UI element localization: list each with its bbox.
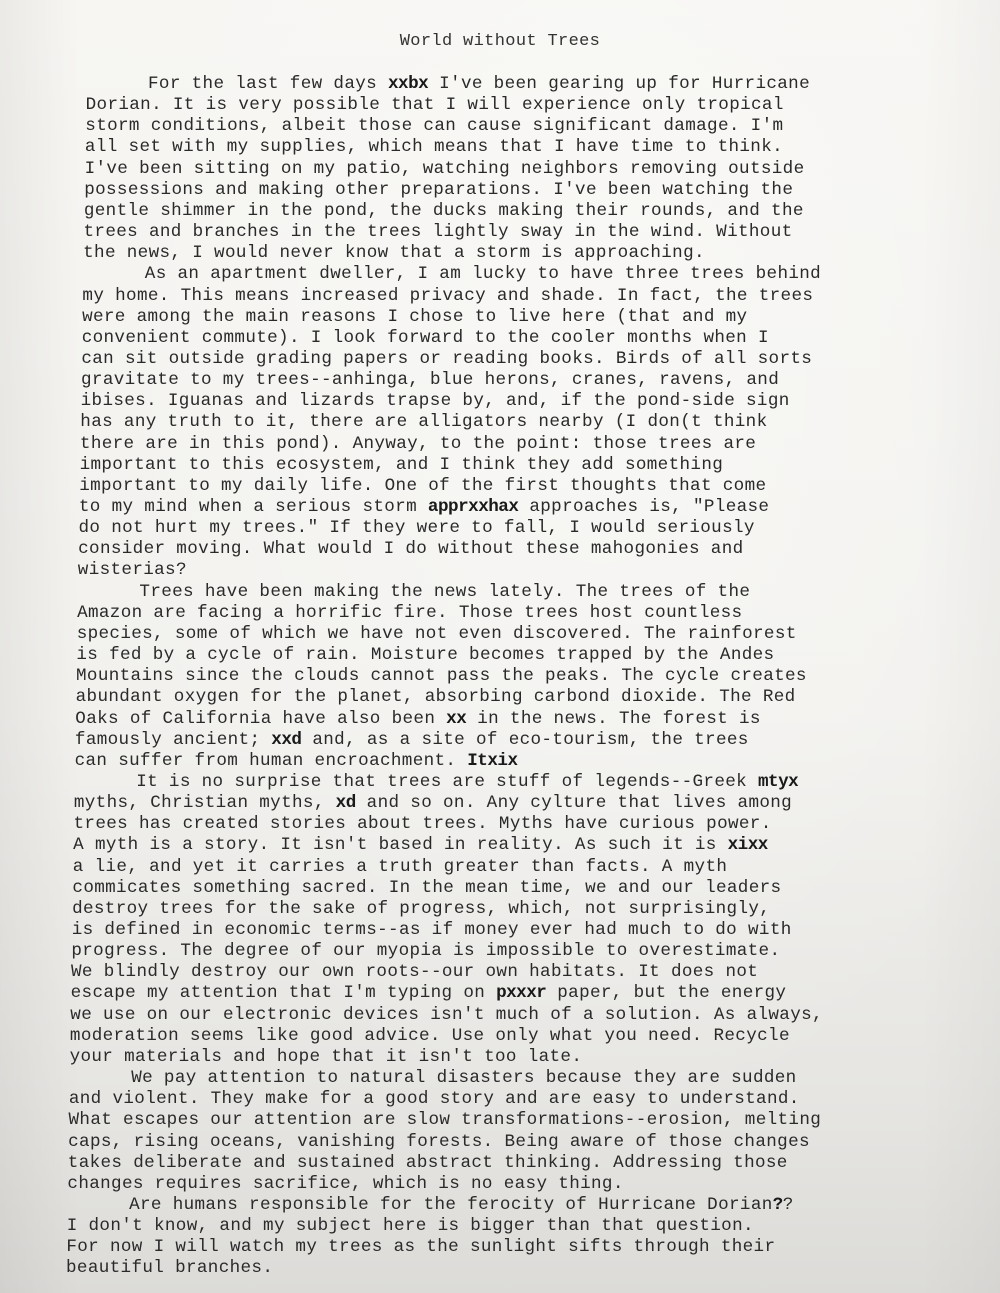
text-line: were among the main reasons I chose to l… (82, 307, 747, 328)
line-text: trees and branches in the trees lightly … (84, 222, 793, 242)
text-line: Oaks of California have also been xx in … (75, 709, 761, 730)
line-text: has any truth to it, there are alligator… (80, 412, 767, 432)
text-line: there are in this pond). Anyway, to the … (80, 434, 756, 455)
text-line: changes requires sacrifice, which is no … (67, 1174, 623, 1195)
strikeover-text: xixx (728, 835, 768, 855)
line-text: Are humans responsible for the ferocity … (129, 1195, 773, 1215)
line-text: convenient commute). I look forward to t… (82, 328, 769, 348)
text-line: a lie, and yet it carries a truth greate… (73, 857, 727, 878)
line-text: Trees have been making the news lately. … (139, 582, 750, 602)
line-text-continued: ? (783, 1195, 794, 1215)
strikeover-text: ? (773, 1195, 783, 1215)
text-line: gentle shimmer in the pond, the ducks ma… (84, 201, 804, 222)
text-line: What escapes our attention are slow tran… (69, 1110, 822, 1131)
line-text: Amazon are facing a horrific fire. Those… (77, 603, 742, 623)
text-line: ibises. Iguanas and lizards trapse by, a… (81, 391, 790, 412)
line-text: For the last few days (148, 74, 388, 94)
line-text: moderation seems like good advice. Use o… (70, 1026, 790, 1046)
text-line: caps, rising oceans, vanishing forests. … (68, 1132, 810, 1153)
line-text-continued: I've been gearing up for Hurricane (428, 74, 810, 94)
text-line: all set with my supplies, which means th… (85, 137, 783, 158)
text-line: your materials and hope that it isn't to… (70, 1047, 583, 1068)
strikeover-text: xxd (271, 730, 301, 750)
line-text: my home. This means increased privacy an… (82, 286, 813, 306)
text-line: myths, Christian myths, xd and so on. An… (74, 793, 792, 814)
text-line: is fed by a cycle of rain. Moisture beco… (76, 645, 774, 666)
text-line: convenient commute). I look forward to t… (82, 328, 769, 349)
line-text: I don't know, and my subject here is big… (67, 1216, 754, 1236)
line-text: your materials and hope that it isn't to… (70, 1047, 583, 1067)
line-text: destroy trees for the sake of progress, … (72, 899, 770, 919)
strikeover-text: mtyx (758, 772, 798, 792)
strikeover-text: xxbx (388, 74, 428, 94)
line-text: can suffer from human encroachment. (75, 751, 468, 771)
line-text: is fed by a cycle of rain. Moisture beco… (76, 645, 774, 665)
line-text: changes requires sacrifice, which is no … (67, 1174, 623, 1194)
text-line: has any truth to it, there are alligator… (80, 412, 767, 433)
line-text: consider moving. What would I do without… (78, 539, 743, 559)
line-text: We pay attention to natural disasters be… (131, 1068, 796, 1088)
text-line: species, some of which we have not even … (77, 624, 797, 645)
line-text: the news, I would never know that a stor… (83, 243, 705, 263)
text-line: We blindly destroy our own roots--our ow… (71, 962, 758, 983)
text-line: is defined in economic terms--as if mone… (72, 920, 792, 941)
line-text: caps, rising oceans, vanishing forests. … (68, 1132, 810, 1152)
typewritten-page: World without Trees For the last few day… (0, 0, 1000, 1293)
line-text: were among the main reasons I chose to l… (82, 307, 747, 327)
line-text: progress. The degree of our myopia is im… (71, 941, 780, 961)
strikeover-text: apprxxhax (428, 497, 519, 517)
strikeover-text: Itxix (467, 751, 517, 771)
strikeover-text: xd (336, 793, 356, 813)
line-text: Oaks of California have also been (75, 709, 446, 729)
line-text: ibises. Iguanas and lizards trapse by, a… (81, 391, 790, 411)
text-line: possessions and making other preparation… (84, 180, 793, 201)
line-text-continued: in the news. The forest is (466, 709, 761, 729)
line-text: commicates something sacred. In the mean… (72, 878, 781, 898)
text-line: takes deliberate and sustained abstract … (68, 1153, 788, 1174)
text-line: Dorian. It is very possible that I will … (86, 95, 784, 116)
line-text: species, some of which we have not even … (77, 624, 797, 644)
text-line: destroy trees for the sake of progress, … (72, 899, 770, 920)
line-text-continued: and so on. Any cylture that lives among (356, 793, 792, 813)
line-text-continued: approaches is, "Please (518, 497, 769, 517)
line-text: famously ancient; (75, 730, 271, 750)
text-line: beautiful branches. (66, 1258, 273, 1279)
text-line: progress. The degree of our myopia is im… (71, 941, 780, 962)
line-text: As an apartment dweller, I am lucky to h… (145, 264, 821, 284)
text-line: do not hurt my trees." If they were to f… (79, 518, 755, 539)
text-line: and violent. They make for a good story … (69, 1089, 800, 1110)
text-line: I've been sitting on my patio, watching … (85, 159, 805, 180)
line-text: gravitate to my trees--anhinga, blue her… (81, 370, 779, 390)
text-line: For now I will watch my trees as the sun… (66, 1237, 775, 1258)
text-line: famously ancient; xxd and, as a site of … (75, 730, 749, 751)
line-text: beautiful branches. (66, 1258, 273, 1278)
line-text: wisterias? (78, 560, 187, 580)
line-text-continued: paper, but the energy (546, 983, 786, 1003)
text-line: For the last few days xxbx I've been gea… (148, 74, 810, 95)
line-text: I've been sitting on my patio, watching … (85, 159, 805, 179)
text-line: Mountains since the clouds cannot pass t… (76, 666, 807, 687)
line-text: storm conditions, albeit those can cause… (85, 116, 783, 136)
text-line: Amazon are facing a horrific fire. Those… (77, 603, 742, 624)
text-line: can suffer from human encroachment. Itxi… (75, 751, 518, 772)
text-line: storm conditions, albeit those can cause… (85, 116, 783, 137)
text-line: moderation seems like good advice. Use o… (70, 1026, 790, 1047)
line-text: all set with my supplies, which means th… (85, 137, 783, 157)
line-text: do not hurt my trees." If they were to f… (79, 518, 755, 538)
text-line: the news, I would never know that a stor… (83, 243, 705, 264)
line-text: is defined in economic terms--as if mone… (72, 920, 792, 940)
text-line: gravitate to my trees--anhinga, blue her… (81, 370, 779, 391)
strikeover-text: xx (446, 709, 466, 729)
line-text: We blindly destroy our own roots--our ow… (71, 962, 758, 982)
line-text: It is no surprise that trees are stuff o… (136, 772, 758, 792)
line-text: takes deliberate and sustained abstract … (68, 1153, 788, 1173)
text-line: Trees have been making the news lately. … (139, 582, 750, 603)
text-line: important to my daily life. One of the f… (79, 476, 766, 497)
text-line: escape my attention that I'm typing on p… (71, 983, 787, 1004)
text-line: wisterias? (78, 560, 187, 581)
text-line: trees and branches in the trees lightly … (84, 222, 793, 243)
text-line: abundant oxygen for the planet, absorbin… (76, 687, 796, 708)
line-text: important to this ecosystem, and I think… (80, 455, 724, 475)
document-title: World without Trees (0, 32, 1000, 51)
line-text: Mountains since the clouds cannot pass t… (76, 666, 807, 686)
line-text: and violent. They make for a good story … (69, 1089, 800, 1109)
line-text: myths, Christian myths, (74, 793, 336, 813)
line-text: to my mind when a serious storm (79, 497, 428, 517)
line-text: A myth is a story. It isn't based in rea… (73, 835, 727, 855)
line-text: What escapes our attention are slow tran… (69, 1110, 822, 1130)
line-text-continued: and, as a site of eco-tourism, the trees (301, 730, 748, 750)
line-text: Dorian. It is very possible that I will … (86, 95, 784, 115)
text-line: trees has created stories about trees. M… (74, 814, 772, 835)
line-text: we use on our electronic devices isn't m… (70, 1005, 823, 1025)
text-line: It is no surprise that trees are stuff o… (136, 772, 798, 793)
text-line: can sit outside grading papers or readin… (81, 349, 812, 370)
line-text: For now I will watch my trees as the sun… (66, 1237, 775, 1257)
line-text: a lie, and yet it carries a truth greate… (73, 857, 727, 877)
line-text: abundant oxygen for the planet, absorbin… (76, 687, 796, 707)
line-text: there are in this pond). Anyway, to the … (80, 434, 756, 454)
text-line: As an apartment dweller, I am lucky to h… (145, 264, 821, 285)
line-text: gentle shimmer in the pond, the ducks ma… (84, 201, 804, 221)
text-line: A myth is a story. It isn't based in rea… (73, 835, 768, 856)
text-line: to my mind when a serious storm apprxxha… (79, 497, 769, 518)
line-text: important to my daily life. One of the f… (79, 476, 766, 496)
line-text: can sit outside grading papers or readin… (81, 349, 812, 369)
text-line: my home. This means increased privacy an… (82, 286, 813, 307)
line-text: escape my attention that I'm typing on (71, 983, 496, 1003)
text-line: I don't know, and my subject here is big… (67, 1216, 754, 1237)
text-line: commicates something sacred. In the mean… (72, 878, 781, 899)
text-line: We pay attention to natural disasters be… (131, 1068, 796, 1089)
text-line: important to this ecosystem, and I think… (80, 455, 724, 476)
text-line: Are humans responsible for the ferocity … (129, 1195, 794, 1216)
line-text: possessions and making other preparation… (84, 180, 793, 200)
text-line: consider moving. What would I do without… (78, 539, 743, 560)
text-line: we use on our electronic devices isn't m… (70, 1005, 823, 1026)
line-text: trees has created stories about trees. M… (74, 814, 772, 834)
strikeover-text: pxxxr (496, 983, 546, 1003)
